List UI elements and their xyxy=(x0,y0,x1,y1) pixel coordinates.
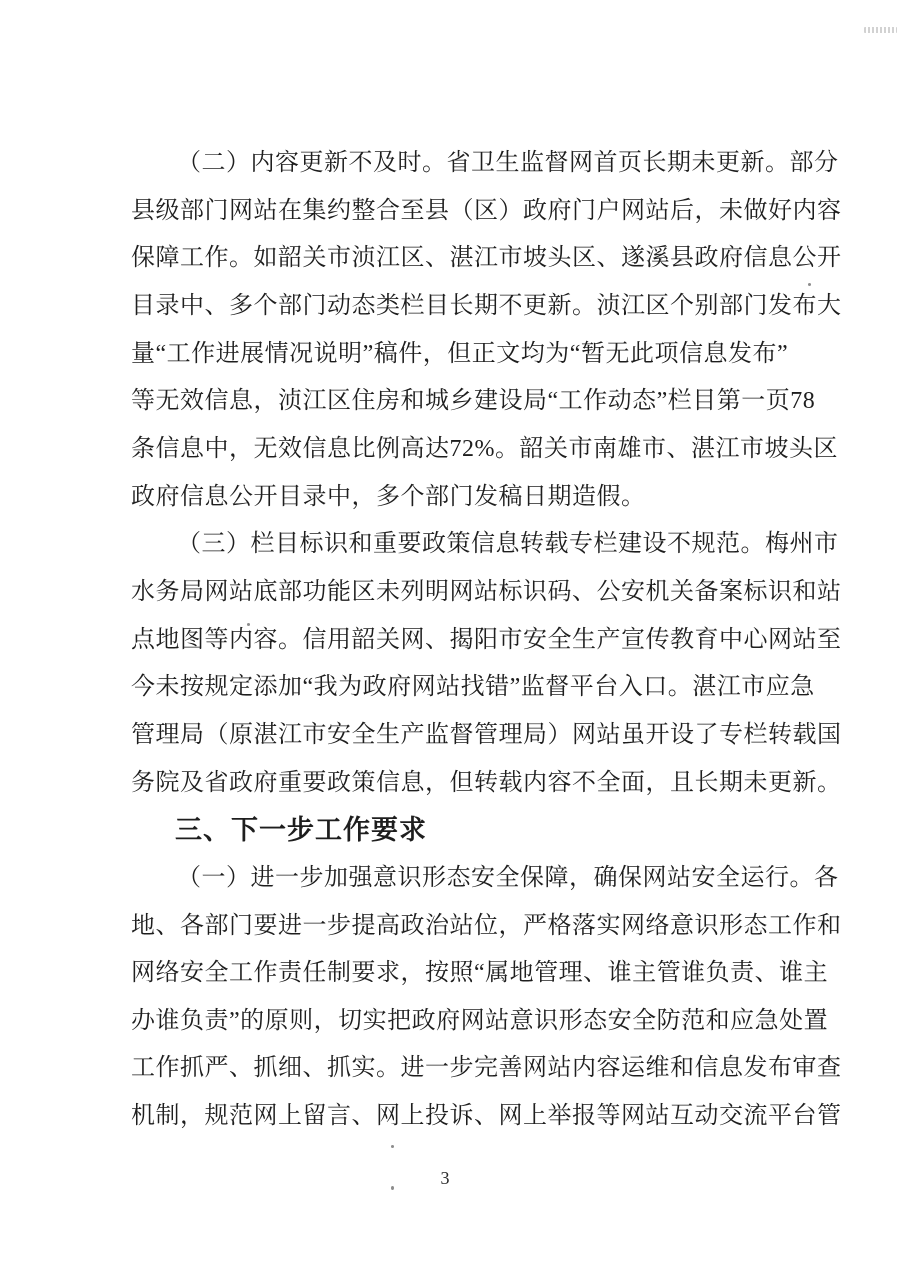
text-line: 量“工作进展情况说明”稿件，但正文均为“暂无此项信息发布” xyxy=(131,331,781,379)
scan-speck xyxy=(808,283,811,286)
text-line: 水务局网站底部功能区未列明网站标识码、公安机关备案标识和站 xyxy=(131,569,781,617)
text-line: 政府信息公开目录中，多个部门发稿日期造假。 xyxy=(131,474,781,522)
document-body: （二）内容更新不及时。省卫生监督网首页长期未更新。部分 县级部门网站在集约整合至… xyxy=(131,140,781,1141)
section-heading-3: 三、下一步工作要求 xyxy=(131,807,781,855)
document-page: （二）内容更新不及时。省卫生监督网首页长期未更新。部分 县级部门网站在集约整合至… xyxy=(0,0,904,1283)
text-line: 网络安全工作责任制要求，按照“属地管理、谁主管谁负责、谁主 xyxy=(131,950,781,998)
text-line: 保障工作。如韶关市浈江区、湛江市坡头区、遂溪县政府信息公开 xyxy=(131,235,781,283)
text-line: 今未按规定添加“我为政府网站找错”监督平台入口。湛江市应急 xyxy=(131,664,781,712)
text-line: （二）内容更新不及时。省卫生监督网首页长期未更新。部分 xyxy=(131,140,781,188)
paragraph-finding-2: （二）内容更新不及时。省卫生监督网首页长期未更新。部分 县级部门网站在集约整合至… xyxy=(131,140,781,521)
scan-speck xyxy=(391,1145,394,1148)
text-line: 工作抓严、抓细、抓实。进一步完善网站内容运维和信息发布审查 xyxy=(131,1045,781,1093)
section-heading-text: 三、下一步工作要求 xyxy=(131,807,781,855)
text-line: （三）栏目标识和重要政策信息转载专栏建设不规范。梅州市 xyxy=(131,521,781,569)
text-line: 目录中、多个部门动态类栏目长期不更新。浈江区个别部门发布大 xyxy=(131,283,781,331)
paragraph-finding-3: （三）栏目标识和重要政策信息转载专栏建设不规范。梅州市 水务局网站底部功能区未列… xyxy=(131,521,781,807)
text-line: 办谁负责”的原则，切实把政府网站意识形态安全防范和应急处置 xyxy=(131,998,781,1046)
text-line: （一）进一步加强意识形态安全保障，确保网站安全运行。各 xyxy=(131,855,781,903)
page-number: 3 xyxy=(0,1168,890,1189)
text-line: 务院及省政府重要政策信息，但转载内容不全面，且长期未更新。 xyxy=(131,760,781,808)
text-line: 条信息中，无效信息比例高达72%。韶关市南雄市、湛江市坡头区 xyxy=(131,426,781,474)
scan-smudge xyxy=(864,27,897,33)
paragraph-requirement-1: （一）进一步加强意识形态安全保障，确保网站安全运行。各 地、各部门要进一步提高政… xyxy=(131,855,781,1141)
text-line: 等无效信息，浈江区住房和城乡建设局“工作动态”栏目第一页78 xyxy=(131,378,781,426)
text-line: 县级部门网站在集约整合至县（区）政府门户网站后，未做好内容 xyxy=(131,188,781,236)
text-line: 地、各部门要进一步提高政治站位，严格落实网络意识形态工作和 xyxy=(131,903,781,951)
text-line: 管理局（原湛江市安全生产监督管理局）网站虽开设了专栏转载国 xyxy=(131,712,781,760)
text-line: 点地图等内容。信用韶关网、揭阳市安全生产宣传教育中心网站至 xyxy=(131,617,781,665)
text-line: 机制，规范网上留言、网上投诉、网上举报等网站互动交流平台管 xyxy=(131,1093,781,1141)
